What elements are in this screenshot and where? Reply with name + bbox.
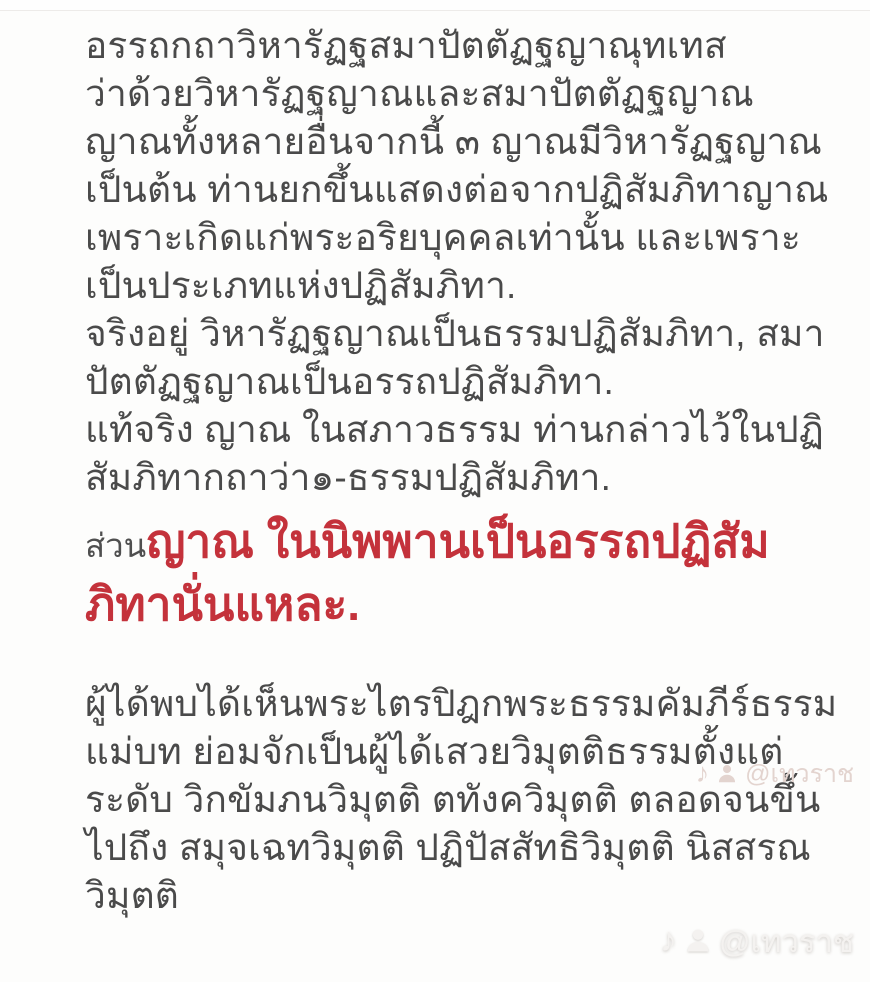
text-line: วิมุตติ [85, 872, 830, 920]
highlighted-statement: ส่วนญาณ ในนิพพานเป็นอรรถปฏิสัม ภิทานั่นแ… [85, 510, 770, 636]
text-line: เป็นต้น ท่านยกขึ้นแสดงต่อจากปฏิสัมภิทาญา… [85, 166, 830, 214]
text-line: อรรถกถาวิหารัฏฐสมาปัตตัฏฐญาณุทเทส [85, 22, 830, 70]
highlight-line: ภิทานั่นแหละ. [85, 573, 770, 636]
text-line: เพราะเกิดแก่พระอริยบุคคลเท่านั้น และเพรา… [85, 214, 830, 262]
person-icon [684, 927, 712, 955]
text-line: จริงอยู่ วิหารัฏฐญาณเป็นธรรมปฏิสัมภิทา, … [85, 310, 830, 358]
text-line: แท้จริง ญาณ ในสภาวธรรม ท่านกล่าวไว้ในปฏิ [85, 406, 830, 454]
document-page: อรรถกถาวิหารัฏฐสมาปัตตัฏฐญาณุทเทส ว่าด้ว… [0, 0, 870, 982]
text-line: ญาณทั้งหลายอื่นจากนี้ ๓ ญาณมีวิหารัฏฐญาณ [85, 118, 830, 166]
text-line: ผู้ได้พบได้เห็นพระไตรปิฎกพระธรรมคัมภีร์ธ… [85, 680, 830, 728]
highlight-prefix: ส่วน [85, 527, 146, 564]
top-edge-band [0, 0, 870, 11]
text-line: ว่าด้วยวิหารัฏฐญาณและสมาปัตตัฏฐญาณ [85, 70, 830, 118]
text-line: เป็นประเภทแห่งปฏิสัมภิทา. [85, 262, 830, 310]
highlight-text: ญาณ ในนิพพานเป็นอรรถปฏิสัม [146, 515, 770, 567]
text-line: ระดับ วิกขัมภนวิมุตติ ตทังควิมุตติ ตลอดจ… [85, 776, 830, 824]
music-note-icon: ♪ [660, 921, 677, 960]
text-line: ปัตตัฏฐญาณเป็นอรรถปฏิสัมภิทา. [85, 358, 830, 406]
watermark-handle: @เทวราช [719, 916, 854, 966]
highlight-line: ส่วนญาณ ในนิพพานเป็นอรรถปฏิสัม [85, 510, 770, 573]
paragraph-vimutti: ผู้ได้พบได้เห็นพระไตรปิฎกพระธรรมคัมภีร์ธ… [85, 680, 830, 920]
watermark-bottom: ♪ @เทวราช [660, 916, 854, 966]
text-line: สัมภิทากถาว่า๑-ธรรมปฏิสัมภิทา. [85, 454, 830, 502]
text-line: แม่บท ย่อมจักเป็นผู้ได้เสวยวิมุตติธรรมตั… [85, 728, 830, 776]
text-line: ไปถึง สมุจเฉทวิมุตติ ปฏิปัสสัทธิวิมุตติ … [85, 824, 830, 872]
paragraph-commentary: อรรถกถาวิหารัฏฐสมาปัตตัฏฐญาณุทเทส ว่าด้ว… [85, 22, 830, 502]
